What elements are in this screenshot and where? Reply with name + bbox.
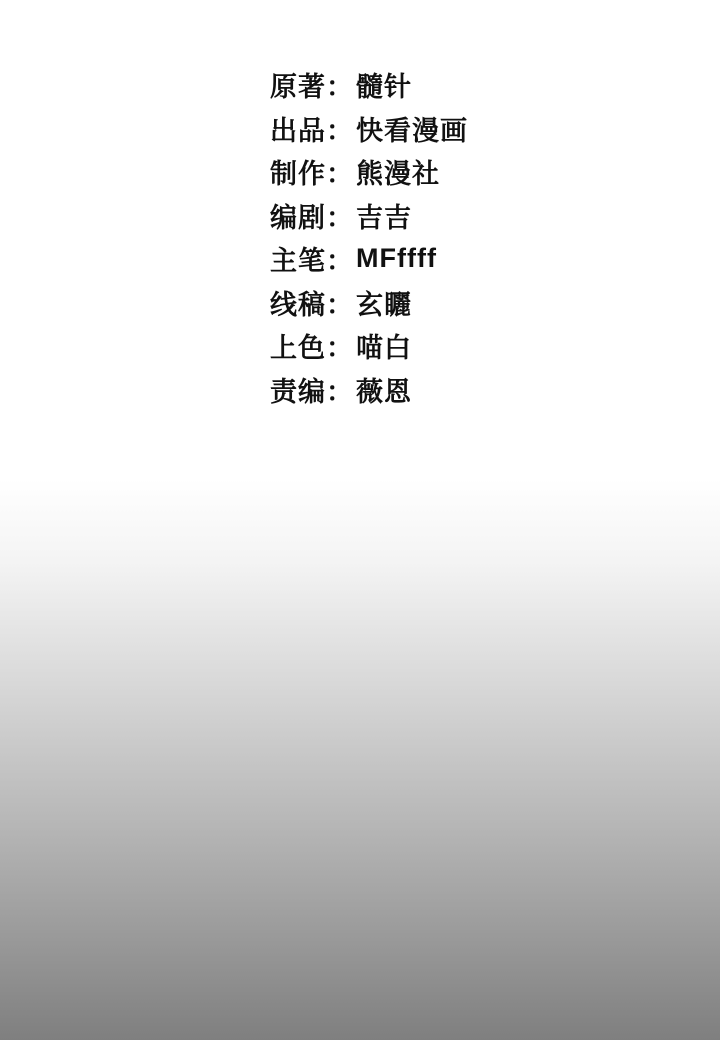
credit-line-screenwriter: 编剧：吉吉 <box>270 194 468 238</box>
credits-block: 原著：髓针 出品：快看漫画 制作：熊漫社 编剧：吉吉 主笔：MFffff 线稿：… <box>270 63 468 411</box>
credit-line-coloring: 上色：喵白 <box>270 324 468 368</box>
credit-label: 主笔 <box>270 239 326 278</box>
credit-value: MFffff <box>356 243 437 274</box>
credit-line-original-author: 原著：髓针 <box>270 63 468 107</box>
credit-label: 责编 <box>270 370 326 409</box>
credit-separator: ： <box>326 196 354 235</box>
credit-label: 上色 <box>270 326 326 365</box>
credit-separator: ： <box>326 283 354 322</box>
credit-value: 髓针 <box>356 65 412 104</box>
credit-separator: ： <box>326 65 354 104</box>
credit-label: 出品 <box>270 109 326 148</box>
credit-separator: ： <box>326 109 354 148</box>
credit-line-lead-artist: 主笔：MFffff <box>270 237 468 281</box>
credit-line-lineart: 线稿：玄矖 <box>270 281 468 325</box>
credit-label: 制作 <box>270 152 326 191</box>
credit-value: 吉吉 <box>356 196 412 235</box>
credit-label: 原著 <box>270 65 326 104</box>
credit-separator: ： <box>326 239 354 278</box>
credit-separator: ： <box>326 326 354 365</box>
credit-line-production: 制作：熊漫社 <box>270 150 468 194</box>
credit-value: 快看漫画 <box>356 109 468 148</box>
credit-separator: ： <box>326 370 354 409</box>
credit-label: 编剧 <box>270 196 326 235</box>
credit-value: 喵白 <box>356 326 412 365</box>
credit-line-editor: 责编：薇恩 <box>270 368 468 412</box>
credit-value: 薇恩 <box>356 370 412 409</box>
credit-value: 熊漫社 <box>356 152 440 191</box>
credit-line-publisher: 出品：快看漫画 <box>270 107 468 151</box>
credit-separator: ： <box>326 152 354 191</box>
credit-value: 玄矖 <box>356 283 412 322</box>
credit-label: 线稿 <box>270 283 326 322</box>
